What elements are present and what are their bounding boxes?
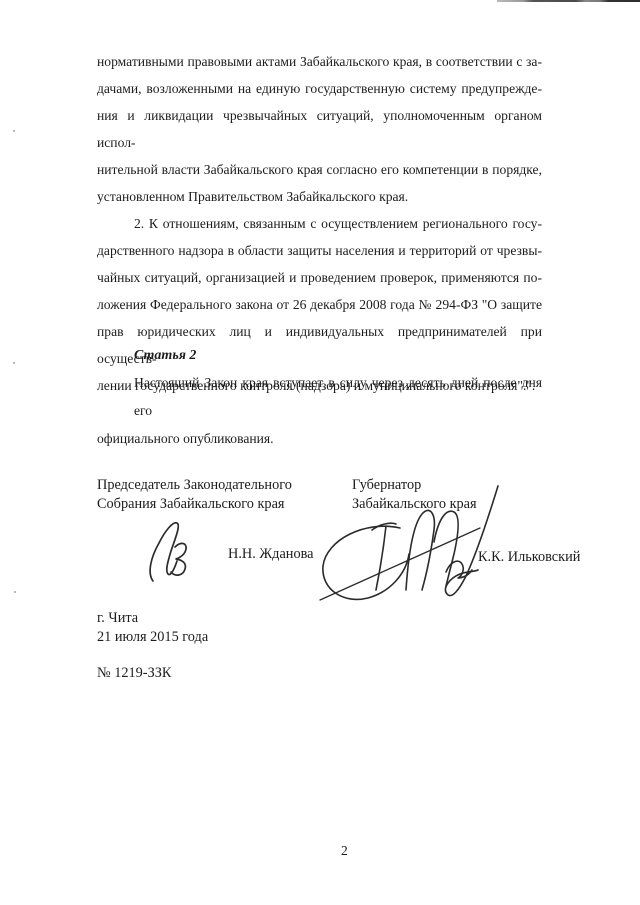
governor-name: К.К. Ильковский <box>478 549 580 566</box>
scan-speck <box>13 362 15 364</box>
text-line: Настоящий Закон края вступает в силу чер… <box>97 369 542 425</box>
text-line: дачами, возложенными на единую государст… <box>97 75 542 102</box>
date-line: 21 июля 2015 года <box>97 628 208 647</box>
text-line: дарственного надзора в области защиты на… <box>97 237 542 264</box>
ilkovsky-signature-icon <box>310 482 510 610</box>
scanned-law-document-page: нормативными правовыми актами Забайкальс… <box>0 0 640 905</box>
text-line: нительной власти Забайкальского края сог… <box>97 156 542 183</box>
document-number: № 1219-ЗЗК <box>97 664 171 683</box>
article-2-body: Настоящий Закон края вступает в силу чер… <box>97 369 542 453</box>
page-number: 2 <box>341 843 348 859</box>
text-line: ложения Федерального закона от 26 декабр… <box>97 291 542 318</box>
text-line: Председатель Законодательного <box>97 476 292 495</box>
scan-speck <box>13 130 15 132</box>
text-line: нормативными правовыми актами Забайкальс… <box>97 48 542 75</box>
zhdanova-signature-icon <box>147 519 197 587</box>
text-line: Собрания Забайкальского края <box>97 495 292 514</box>
article-2-heading: Статья 2 <box>134 342 196 369</box>
chairman-title: Председатель Законодательного Собрания З… <box>97 476 292 514</box>
text-line: ния и ликвидации чрезвычайных ситуаций, … <box>97 102 542 156</box>
chairman-name: Н.Н. Жданова <box>228 546 314 563</box>
city-line: г. Чита <box>97 609 208 628</box>
text-line: установленном Правительством Забайкальск… <box>97 183 542 210</box>
text-line: официального опубликования. <box>97 425 542 453</box>
place-and-date: г. Чита 21 июля 2015 года <box>97 609 208 647</box>
text-line: чайных ситуаций, организацией и проведен… <box>97 264 542 291</box>
scan-artifact-strip <box>497 0 640 2</box>
scan-speck <box>14 591 16 593</box>
text-line: 2. К отношениям, связанным с осуществлен… <box>97 210 542 237</box>
